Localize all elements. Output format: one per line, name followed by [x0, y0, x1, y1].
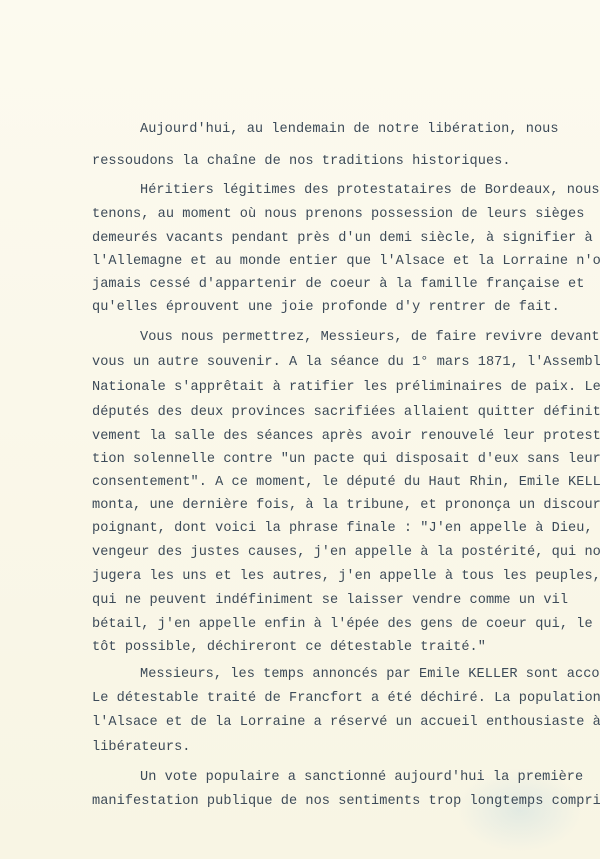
typewritten-page: Aujourd'hui, au lendemain de notre libér…: [0, 0, 600, 859]
paragraph-3-line-6: tion solennelle contre "un pacte qui dis…: [92, 452, 600, 468]
paragraph-2-line-4: l'Allemagne et au monde entier que l'Als…: [92, 254, 600, 270]
paragraph-3-line-10: vengeur des justes causes, j'en appelle …: [92, 545, 600, 561]
paragraph-3-line-7: consentement". A ce moment, le député du…: [92, 475, 600, 491]
paragraph-2-line-5: jamais cessé d'appartenir de coeur à la …: [92, 277, 584, 293]
paragraph-5-line-1: Un vote populaire a sanctionné aujourd'h…: [140, 770, 583, 786]
paragraph-3-line-14: tôt possible, déchireront ce détestable …: [92, 640, 486, 656]
paragraph-3-line-4: députés des deux provinces sacrifiées al…: [92, 405, 600, 421]
paragraph-2-line-6: qu'elles éprouvent une joie profonde d'y…: [92, 300, 560, 316]
paragraph-3-line-13: bétail, j'en appelle enfin à l'épée des …: [92, 617, 600, 633]
paragraph-4-line-3: l'Alsace et de la Lorraine a réservé un …: [92, 715, 600, 731]
paragraph-4-line-2: Le détestable traité de Francfort a été …: [92, 691, 600, 707]
paragraph-2-line-1: Héritiers légitimes des protestataires d…: [140, 183, 600, 199]
paragraph-3-line-11: jugera les uns et les autres, j'en appel…: [92, 569, 600, 585]
paragraph-1-line-1: Aujourd'hui, au lendemain de notre libér…: [140, 122, 559, 138]
paragraph-3-line-3: Nationale s'apprêtait à ratifier les pré…: [92, 380, 600, 396]
paragraph-3-line-5: vement la salle des séances après avoir …: [92, 429, 600, 445]
paragraph-5-line-2: manifestation publique de nos sentiments…: [92, 794, 600, 810]
paragraph-3-line-1: Vous nous permettrez, Messieurs, de fair…: [140, 330, 600, 346]
paragraph-4-line-4: libérateurs.: [92, 740, 191, 756]
paragraph-3-line-9: poignant, dont voici la phrase finale : …: [92, 521, 593, 537]
paragraph-3-line-2: vous un autre souvenir. A la séance du 1…: [92, 355, 600, 371]
paragraph-3-line-8: monta, une dernière fois, à la tribune, …: [92, 498, 600, 514]
paragraph-2-line-2: tenons, au moment où nous prenons posses…: [92, 207, 584, 223]
paragraph-2-line-3: demeurés vacants pendant près d'un demi …: [92, 231, 593, 247]
paragraph-1-line-2: ressoudons la chaîne de nos traditions h…: [92, 154, 511, 170]
paragraph-4-line-1: Messieurs, les temps annoncés par Emile …: [140, 667, 600, 683]
paragraph-3-line-12: qui ne peuvent indéfiniment se laisser v…: [92, 593, 568, 609]
